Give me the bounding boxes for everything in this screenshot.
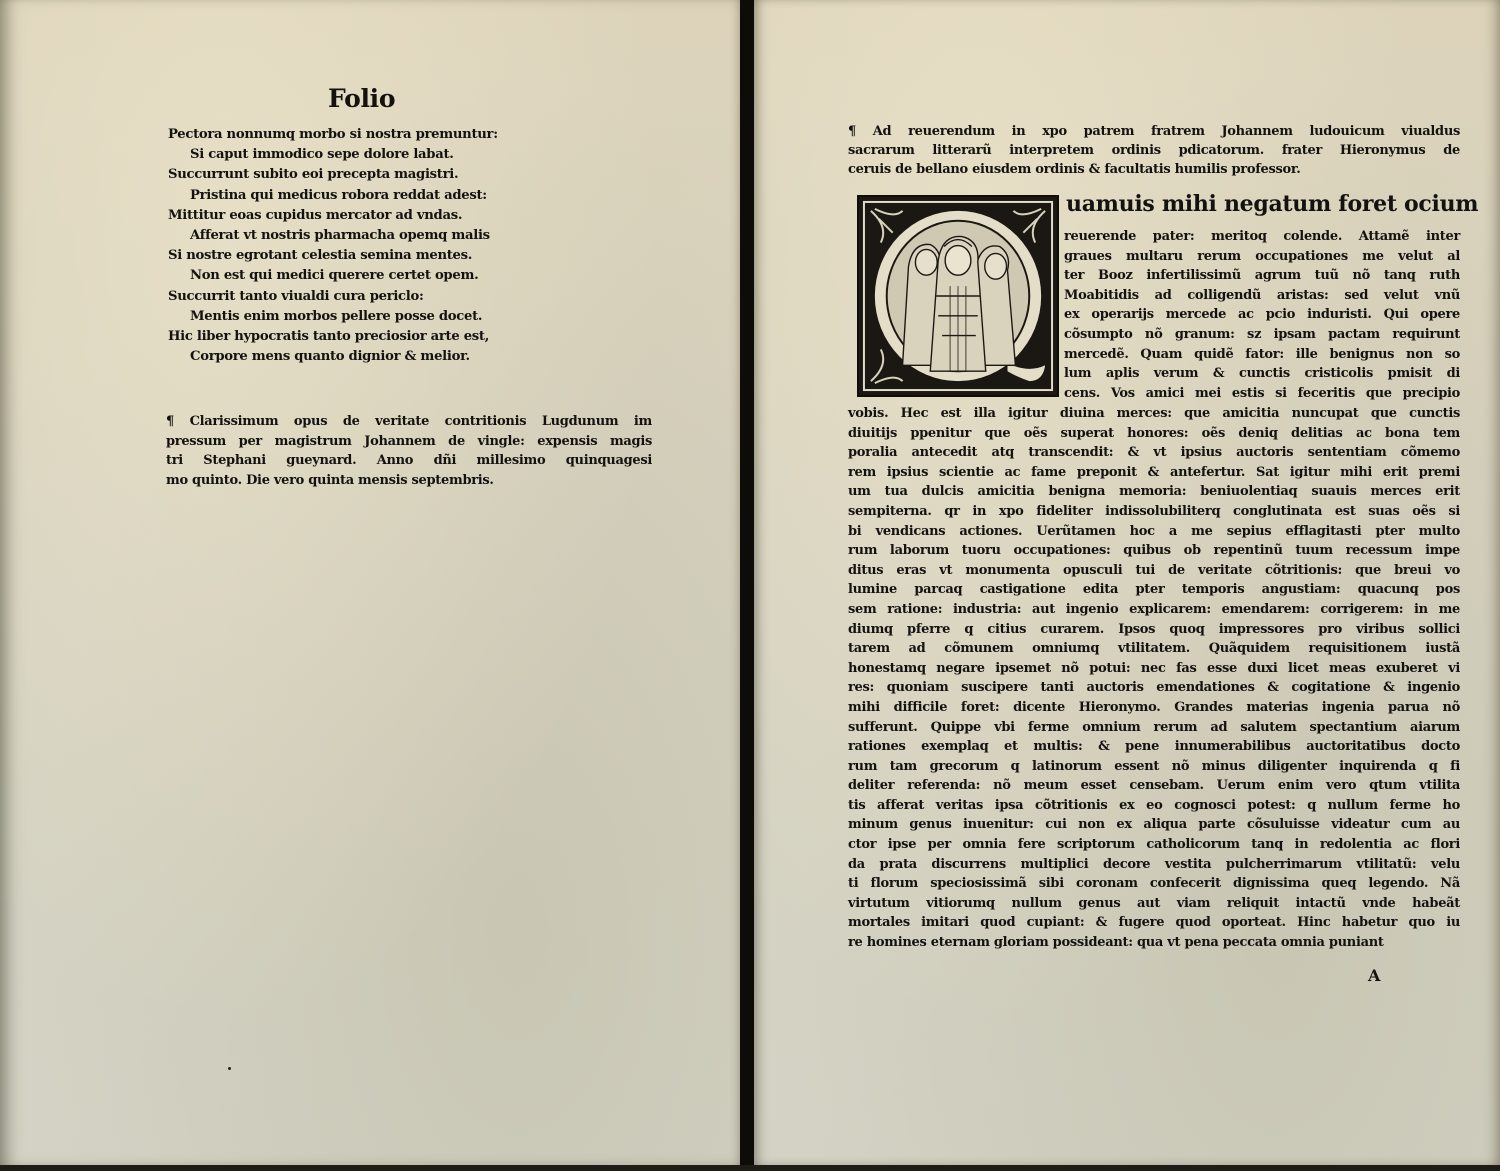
text-line: cens. Vos amici mei estis si feceritis q… <box>1064 384 1460 404</box>
bottom-edge <box>0 1165 1500 1171</box>
verse-line: Hic liber hypocratis tanto preciosior ar… <box>168 327 548 347</box>
dedication-line: ¶ Ad reuerendum in xpo patrem fratrem Jo… <box>848 122 1460 141</box>
text-line: vobis. Hec est illa igitur diuina merces… <box>848 404 1460 424</box>
text-line: graues multaru rerum occupationes me vel… <box>1064 247 1460 267</box>
text-line: rationes exemplaq et multis: & pene innu… <box>848 737 1460 757</box>
colophon-line: mo quinto. Die vero quinta mensis septem… <box>166 471 652 491</box>
text-line: tarem ad cõmunem omniumq vtilitatem. Quã… <box>848 639 1460 659</box>
text-line: honestamq negare ipsemet nõ potui: nec f… <box>848 659 1460 679</box>
verse-line: Non est qui medici querere certet opem. <box>168 266 548 286</box>
colophon: ¶ Clarissimum opus de veritate contritio… <box>166 412 652 490</box>
text-line: cõsumpto nõ granum: sz ipsam pactam requ… <box>1064 325 1460 345</box>
verse-line: Succurrunt subito eoi precepta magistri. <box>168 165 548 185</box>
text-line: re homines eternam gloriam possideant: q… <box>848 933 1460 953</box>
text-line: sempiterna. qr in xpo fideliter indissol… <box>848 502 1460 522</box>
woodcut-initial-q <box>857 195 1059 397</box>
text-line: ctor ipse per omnia fere scriptorum cath… <box>848 835 1460 855</box>
text-line: ti florum speciosissimã sibi coronam con… <box>848 874 1460 894</box>
text-line: mercedẽ. Quam quidẽ fator: ille benignus… <box>1064 345 1460 365</box>
text-line: ditus eras vt monumenta opusculi tui de … <box>848 561 1460 581</box>
verse-line: Corpore mens quanto dignior & melior. <box>168 347 548 367</box>
signature-mark: A <box>1368 966 1380 985</box>
text-line: bi vendicans actiones. Uerũtamen hoc a m… <box>848 522 1460 542</box>
text-line: reuerende pater: meritoq colende. Attamẽ… <box>1064 227 1460 247</box>
text-line: da prata discurrens multiplici decore ve… <box>848 855 1460 875</box>
text-line: rum laborum tuoru occupationes: quibus o… <box>848 541 1460 561</box>
gutter <box>740 0 754 1171</box>
colophon-line: ¶ Clarissimum opus de veritate contritio… <box>166 412 652 432</box>
woodcut-illustration-icon <box>859 197 1057 395</box>
verse-line: Si nostre egrotant celestia semina mente… <box>168 246 548 266</box>
text-line: virtutum vitiorumq nullum genus aut viam… <box>848 894 1460 914</box>
text-line: rem ipsius scientie ac fame preponit & a… <box>848 463 1460 483</box>
dedication-line: ceruis de bellano eiusdem ordinis & facu… <box>848 160 1460 179</box>
text-line: poralia antecedit atq transcendit: & vt … <box>848 443 1460 463</box>
verse-line: Succurrit tanto viualdi cura periclo: <box>168 287 548 307</box>
left-page: Folio Pectora nonnumq morbo si nostra pr… <box>0 0 740 1165</box>
text-line: minum genus inuenitur: cui non ex aliqua… <box>848 815 1460 835</box>
dedication-heading: ¶ Ad reuerendum in xpo patrem fratrem Jo… <box>848 122 1460 179</box>
text-line: mortales imitari quod cupiant: & fugere … <box>848 913 1460 933</box>
verse-line: Pristina qui medicus robora reddat adest… <box>168 186 548 206</box>
text-line: tis afferat veritas ipsa cõtritionis ex … <box>848 796 1460 816</box>
text-line: rum tam grecorum q latinorum essent nõ m… <box>848 757 1460 777</box>
dedication-line: sacrarum litterarũ interpretem ordinis p… <box>848 141 1460 160</box>
running-head: Folio <box>328 84 395 113</box>
text-line: res: quoniam suscipere tanti auctoris em… <box>848 678 1460 698</box>
text-line: deliter referenda: nõ meum esset censeba… <box>848 776 1460 796</box>
text-beside-initial: reuerende pater: meritoq colende. Attamẽ… <box>1064 227 1460 403</box>
verse-line: Afferat vt nostris pharmacha opemq malis <box>168 226 548 246</box>
text-line: diumq pferre q citius curarem. Ipsos quo… <box>848 620 1460 640</box>
book-spread: Folio Pectora nonnumq morbo si nostra pr… <box>0 0 1500 1171</box>
text-line: Moabitidis ad colligendũ aristas: sed ve… <box>1064 286 1460 306</box>
text-line: lum aplis verum & cunctis cristicolis pm… <box>1064 364 1460 384</box>
verse-line: Pectora nonnumq morbo si nostra premuntu… <box>168 125 548 145</box>
colophon-line: tri Stephani gueynard. Anno dñi millesim… <box>166 451 652 471</box>
text-line: sem ratione: industria: aut ingenio expl… <box>848 600 1460 620</box>
verse-line: Si caput immodico sepe dolore labat. <box>168 145 548 165</box>
verse-line: Mentis enim morbos pellere posse docet. <box>168 307 548 327</box>
text-line: lumine parcaq castigatione edita pter te… <box>848 580 1460 600</box>
text-line: diuitijs ppenitur que oẽs superat honore… <box>848 424 1460 444</box>
verse-block: Pectora nonnumq morbo si nostra premuntu… <box>168 125 548 367</box>
text-line: um tua dulcis amicitia benigna memoria: … <box>848 482 1460 502</box>
opening-line: uamuis mihi negatum foret ocium <box>1066 190 1456 218</box>
text-line: mihi difficile foret: dicente Hieronymo.… <box>848 698 1460 718</box>
colophon-line: pressum per magistrum Johannem de vingle… <box>166 432 652 452</box>
text-line: ex operarijs mercede ac pcio induristi. … <box>1064 305 1460 325</box>
body-text: vobis. Hec est illa igitur diuina merces… <box>848 404 1460 953</box>
paper-speck <box>228 1067 231 1070</box>
text-line: sufferunt. Quippe vbi ferme omnium rerum… <box>848 718 1460 738</box>
verse-line: Mittitur eoas cupidus mercator ad vndas. <box>168 206 548 226</box>
text-line: ter Booz infertilissimũ agrum tuũ nõ tan… <box>1064 266 1460 286</box>
